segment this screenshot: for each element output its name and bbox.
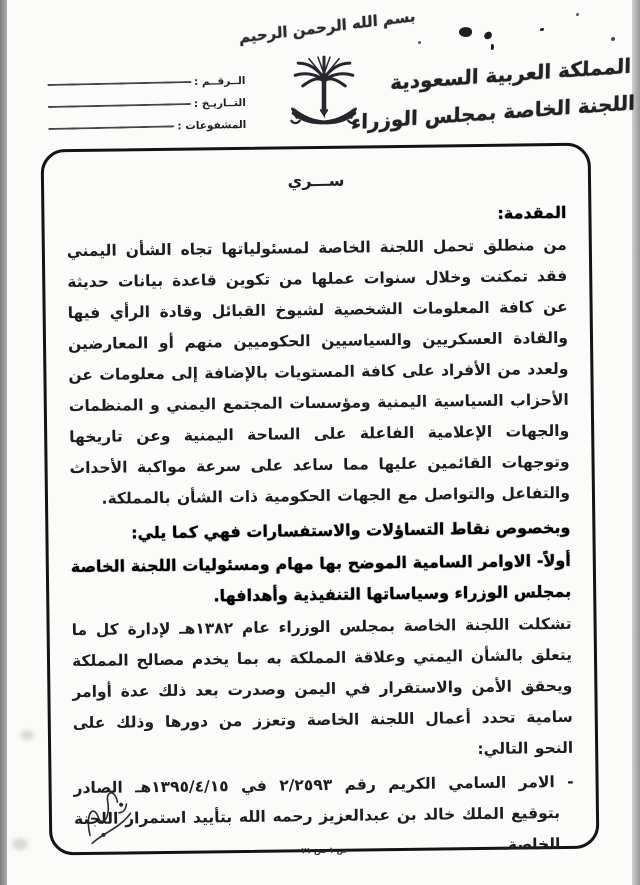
ink-blot bbox=[458, 26, 473, 38]
field-date-label: التــاريـخ : bbox=[194, 96, 246, 109]
scan-smudge bbox=[12, 838, 28, 850]
intro-paragraph: من منطلق تحمل اللجنة الخاصة لمسئولياتها … bbox=[67, 230, 570, 515]
field-number-blank-line bbox=[47, 80, 191, 86]
letterhead-fields: الــرقــم : التــاريـخ : المشفوعات : bbox=[45, 74, 246, 144]
scan-edge-shadow-right bbox=[632, 0, 640, 885]
section-one-paragraph: تشكلت اللجنة الخاصة بمجلس الوزراء عام ١٣… bbox=[71, 609, 573, 770]
classification-label: ســـري bbox=[66, 168, 566, 193]
document-body-frame: ســـري المقدمة: من منطلق تحمل اللجنة الخ… bbox=[41, 143, 600, 856]
ink-speck bbox=[418, 41, 421, 44]
ink-blot bbox=[483, 31, 493, 40]
field-date-blank-line bbox=[48, 102, 191, 108]
field-number: الــرقــم : bbox=[45, 74, 245, 91]
questions-intro-line: وبخصوص نقاط التساؤلات والاستفسارات فهي ك… bbox=[70, 512, 570, 549]
letterhead-organization: المملكة العربية السعودية اللجنة الخاصة ب… bbox=[388, 48, 637, 139]
field-attachments-label: المشفوعات : bbox=[177, 118, 246, 131]
scan-edge-shadow-left bbox=[0, 0, 7, 885]
scan-smudge bbox=[20, 730, 34, 740]
field-attachments: المشفوعات : bbox=[46, 118, 246, 135]
handwritten-signature bbox=[74, 785, 137, 844]
ink-speck bbox=[491, 44, 494, 50]
scanned-document-page: بسم الله الرحمن الرحيم bbox=[0, 0, 640, 885]
section-one-heading: أولاً- الاوامر السامية الموضح بها مهام و… bbox=[71, 545, 572, 613]
ink-speck bbox=[576, 13, 579, 16]
field-attachments-blank-line bbox=[48, 124, 174, 130]
ink-speck bbox=[611, 37, 615, 41]
field-date: التــاريـخ : bbox=[46, 96, 246, 113]
ink-speck bbox=[540, 28, 544, 31]
field-number-label: الــرقــم : bbox=[194, 74, 246, 87]
bismillah-calligraphy: بسم الله الرحمن الرحيم bbox=[236, 7, 416, 47]
intro-heading: المقدمة: bbox=[66, 197, 566, 234]
page-number-footer: ص ١ من ٢١ bbox=[301, 846, 347, 856]
